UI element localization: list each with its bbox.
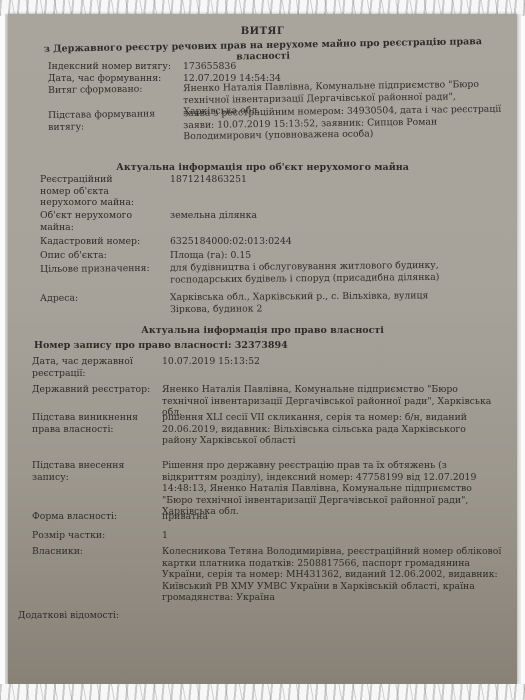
field-value: земельна ділянка bbox=[170, 210, 257, 222]
field-label: Витяг сформовано: bbox=[48, 84, 143, 97]
field-label: Опис об'єкта: bbox=[40, 250, 107, 262]
field-address: Адреса: Харківська обл., Харківський р.,… bbox=[40, 290, 510, 293]
field-label: Об'єкт нерухомого майна: bbox=[40, 210, 140, 233]
object-section-title: Актуальна інформація про об'єкт нерухомо… bbox=[8, 162, 517, 173]
field-label: Адреса: bbox=[40, 293, 78, 305]
document-title: ВИТЯГ bbox=[8, 26, 517, 37]
field-value: 1 bbox=[162, 530, 168, 542]
field-label: Державний реєстратор: bbox=[32, 384, 150, 396]
additional-info-label: Додаткові відомості: bbox=[18, 610, 119, 622]
field-value: 6325184000:02:013:0244 bbox=[170, 236, 292, 248]
field-value: 173655836 bbox=[183, 61, 236, 73]
photo-frame: ВИТЯГ з Державного реєстру речових прав … bbox=[0, 0, 525, 700]
field-label: Форма власності: bbox=[32, 511, 117, 523]
field-label: Кадастровий номер: bbox=[40, 236, 140, 248]
field-label: Реєстраційний номер об'єкта нерухомого м… bbox=[40, 174, 140, 209]
torn-paper-edge-bottom bbox=[0, 684, 525, 700]
field-label: Розмір частки: bbox=[32, 530, 105, 542]
field-label: Підстава внесення запису: bbox=[32, 460, 142, 483]
field-label: Підстава виникнення права власності: bbox=[32, 412, 142, 435]
field-value: заява з реєстраційним номером: 34930504,… bbox=[183, 104, 508, 143]
field-value: для будівництва і обслуговування житлово… bbox=[170, 259, 505, 286]
field-label: Цільове призначення: bbox=[40, 263, 150, 276]
field-label: Дата, час державної реєстрації: bbox=[32, 356, 142, 379]
field-purpose: Цільове призначення: для будівництва і о… bbox=[40, 259, 510, 264]
field-value: Площа (га): 0.15 bbox=[170, 250, 251, 262]
field-label: Власники: bbox=[32, 546, 83, 558]
field-value: Рішення про державну реєстрацію прав та … bbox=[162, 460, 502, 518]
field-label: Підстава формування витягу: bbox=[48, 108, 168, 133]
field-value: Харківська обл., Харківський р., с. Віль… bbox=[170, 290, 450, 315]
ownership-record-number: Номер запису про право власності: 323738… bbox=[34, 340, 288, 351]
field-value: 1871214863251 bbox=[170, 174, 247, 186]
field-value: рішення XLI сесії VII скликання, серія т… bbox=[162, 412, 502, 447]
field-label: Дата, час формування: bbox=[48, 73, 161, 85]
field-value: 10.07.2019 15:13:52 bbox=[162, 356, 260, 368]
paper-edge-right bbox=[517, 14, 521, 684]
field-value: приватна bbox=[162, 511, 208, 523]
field-value: Колесникова Тетяна Володимирівна, реєстр… bbox=[162, 546, 502, 604]
document-page: ВИТЯГ з Державного реєстру речових прав … bbox=[8, 14, 517, 684]
field-label: Індексний номер витягу: bbox=[48, 61, 171, 73]
ownership-section-title: Актуальна інформація про право власності bbox=[8, 325, 517, 336]
